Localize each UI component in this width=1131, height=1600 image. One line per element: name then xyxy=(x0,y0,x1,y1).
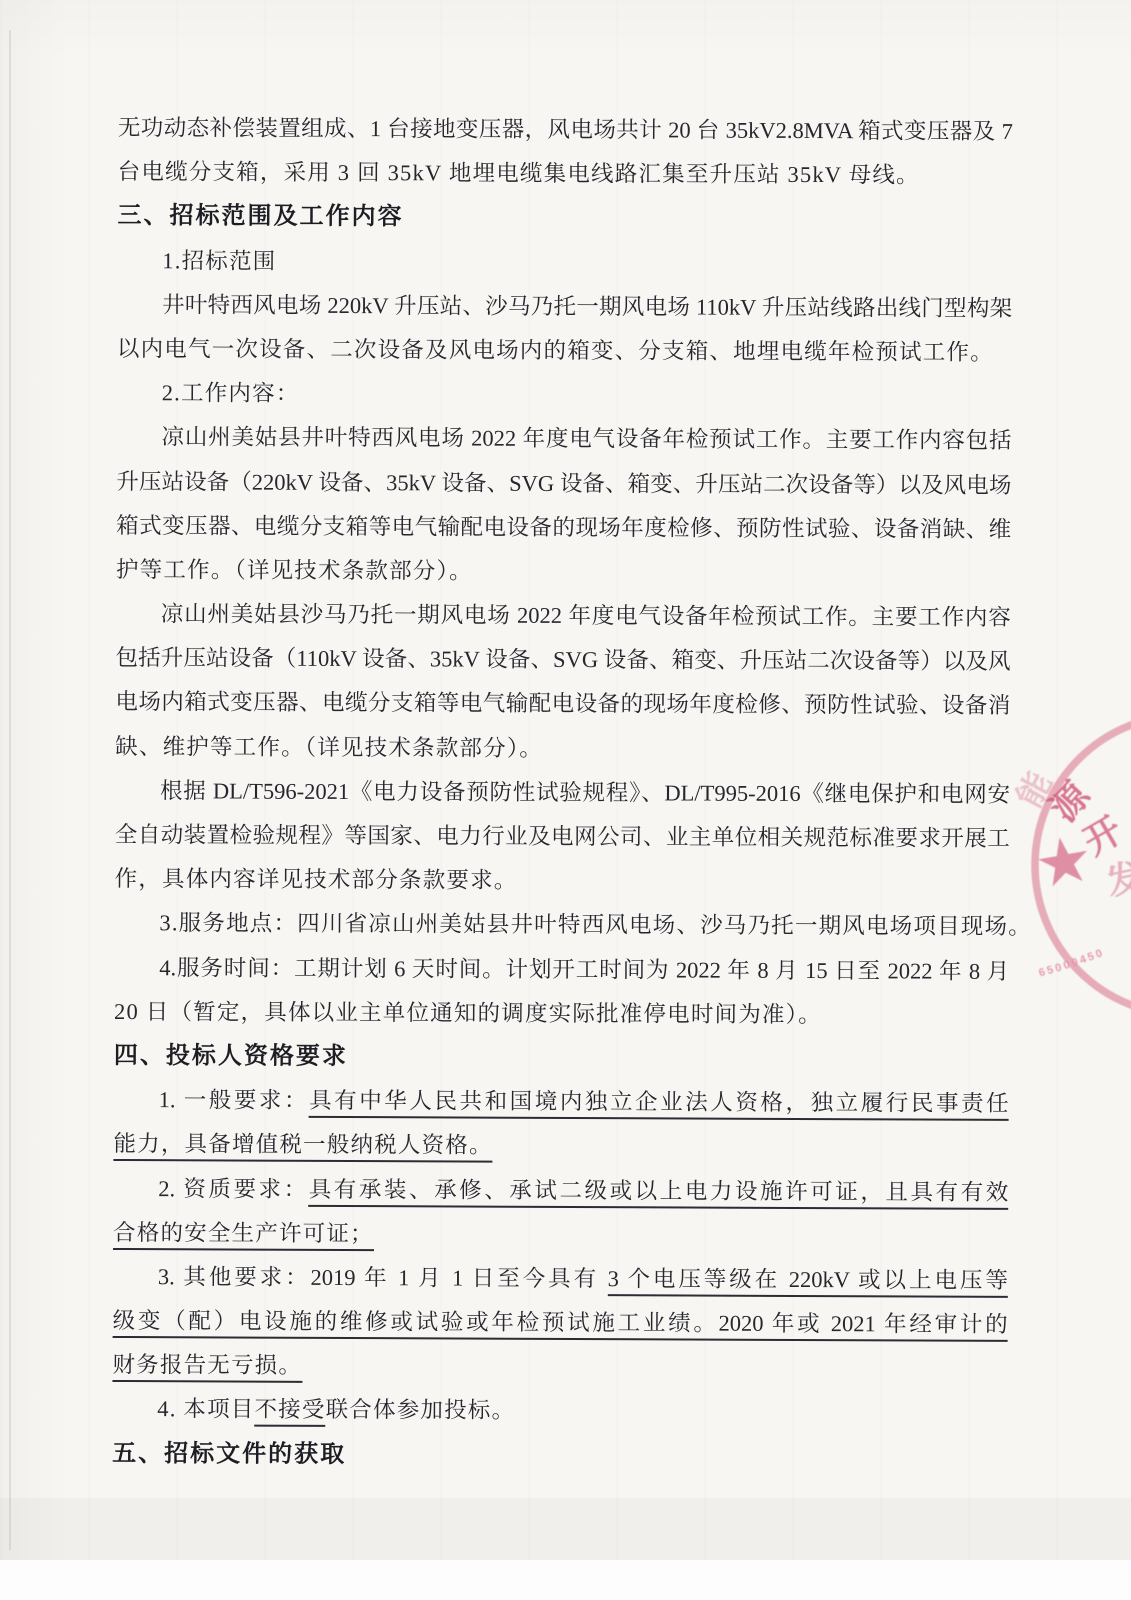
seal-star-icon xyxy=(1038,837,1087,886)
document-line: 2.工作内容： xyxy=(117,371,1012,419)
text-segment: 以内电气一次设备、二次设备及风电场内的箱变、分支箱、地埋电缆年检预试工作。 xyxy=(117,336,994,365)
document-line: 20 日（暂定，具体以业主单位通知的调度实际批准停电时间为准）。 xyxy=(114,990,1009,1038)
document-line: 凉山州美姑县井叶特西风电场 2022 年度电气设备年检预试工作。主要工作内容包括 xyxy=(116,415,1011,463)
document-line: 凉山州美姑县沙马乃托一期风电场 2022 年度电气设备年检预试工作。主要工作内容 xyxy=(116,592,1011,640)
underlined-text: 财务报告无亏损。 xyxy=(112,1352,302,1383)
document-line: 3. 其他要求：2019 年 1 月 1 日至今具有 3 个电压等级在 220k… xyxy=(113,1255,1008,1303)
document-line: 1.招标范围 xyxy=(117,239,1012,287)
section-heading: 五、招标文件的获取 xyxy=(112,1432,1007,1480)
document-line: 包括升压站设备（110kV 设备、35kV 设备、SVG 设备、箱变、升压站二次… xyxy=(115,636,1010,684)
text-segment: 4. 本项目 xyxy=(157,1397,254,1422)
document-line: 4.服务时间：工期计划 6 天时间。计划开工时间为 2022 年 8 月 15 … xyxy=(114,946,1009,994)
text-segment: 升压站设备（220kV 设备、35kV 设备、SVG 设备、箱变、升压站二次设备… xyxy=(116,468,1011,497)
text-segment: 全自动装置检验规程》等国家、电力行业及电网公司、业主单位相关规范标准要求开展工 xyxy=(115,822,1010,851)
document-line: 无功动态补偿装置组成、1 台接地变压器，风电场共计 20 台 35kV2.8MV… xyxy=(118,106,1013,154)
text-segment: 作，具体内容详见技术部分条款要求。 xyxy=(115,866,518,893)
text-segment: 三、招标范围及工作内容 xyxy=(117,202,403,230)
section-heading: 三、招标范围及工作内容 xyxy=(117,194,1012,242)
scan-shading-band xyxy=(0,1498,1131,1560)
text-segment: 3.服务地点：四川省凉山州美姑县井叶特西风电场、沙马乃托一期风电场项目现场。 xyxy=(159,911,1032,940)
text-segment: 3. 其他要求：2019 年 1 月 1 日至今具有 xyxy=(158,1264,608,1291)
section-heading: 四、投标人资格要求 xyxy=(114,1034,1009,1082)
document-line: 井叶特西风电场 220kV 升压站、沙马乃托一期风电场 110kV 升压站线路出… xyxy=(117,283,1012,331)
text-segment: 包括升压站设备（110kV 设备、35kV 设备、SVG 设备、箱变、升压站二次… xyxy=(116,645,1011,674)
underlined-text: 具有承装、承修、承试二级或以上电力设施许可证，且具有有效 xyxy=(309,1176,1009,1209)
text-segment: 无功动态补偿装置组成、1 台接地变压器，风电场共计 20 台 35kV2.8MV… xyxy=(118,115,1013,144)
scan-edge-bottom xyxy=(0,1560,1131,1600)
document-line: 电场内箱式变压器、电缆分支箱等电气输配电设备的现场年度检修、预防性试验、设备消 xyxy=(115,680,1010,728)
underlined-text: 级变（配）电设施的维修或试验或年检预试施工业绩。2020 年或 2021 年经审… xyxy=(113,1308,1008,1342)
text-segment: 五、招标文件的获取 xyxy=(112,1440,346,1468)
text-segment: 4.服务时间：工期计划 6 天时间。计划开工时间为 2022 年 8 月 15 … xyxy=(159,955,1009,984)
text-segment: 电场内箱式变压器、电缆分支箱等电气输配电设备的现场年度检修、预防性试验、设备消 xyxy=(115,689,1010,718)
document-line: 能力，具备增值税一般纳税人资格。 xyxy=(113,1122,1008,1170)
document-line: 1. 一般要求：具有中华人民共和国境内独立企业法人资格，独立履行民事责任 xyxy=(114,1078,1009,1126)
seal-arc-char-icon: 发 xyxy=(1103,855,1131,903)
document-lines: 无功动态补偿装置组成、1 台接地变压器，风电场共计 20 台 35kV2.8MV… xyxy=(112,106,1013,1480)
text-segment: 台电缆分支箱，采用 3 回 35kV 地埋电缆集电线路汇集至升压站 35kV 母… xyxy=(118,159,920,187)
document-line: 2. 资质要求：具有承装、承修、承试二级或以上电力设施许可证，且具有有效 xyxy=(113,1166,1008,1214)
document-line: 护等工作。（详见技术条款部分）。 xyxy=(116,548,1011,596)
text-segment: 1. 一般要求： xyxy=(159,1087,310,1113)
document-line: 全自动装置检验规程》等国家、电力行业及电网公司、业主单位相关规范标准要求开展工 xyxy=(115,813,1010,861)
text-segment: 四、投标人资格要求 xyxy=(114,1042,348,1070)
text-segment: 联合体参加投标。 xyxy=(326,1397,516,1423)
text-segment: 缺、维护等工作。（详见技术条款部分）。 xyxy=(115,734,543,761)
document-line: 4. 本项目不接受联合体参加投标。 xyxy=(112,1387,1007,1435)
text-segment: 2. 资质要求： xyxy=(158,1176,309,1202)
document-line: 级变（配）电设施的维修或试验或年检预试施工业绩。2020 年或 2021 年经审… xyxy=(113,1299,1008,1347)
text-segment: 2.工作内容： xyxy=(162,380,300,406)
document-line: 台电缆分支箱，采用 3 回 35kV 地埋电缆集电线路汇集至升压站 35kV 母… xyxy=(118,150,1013,198)
underlined-text: 具有中华人民共和国境内独立企业法人资格，独立履行民事责任 xyxy=(309,1088,1009,1121)
scan-edge-line xyxy=(9,30,11,1550)
underlined-text: 3 个电压等级在 220kV 或以上电压等 xyxy=(608,1266,1008,1298)
document-line: 升压站设备（220kV 设备、35kV 设备、SVG 设备、箱变、升压站二次设备… xyxy=(116,459,1011,507)
text-segment: 凉山州美姑县井叶特西风电场 2022 年度电气设备年检预试工作。主要工作内容包括 xyxy=(162,425,1012,454)
document-line: 合格的安全生产许可证； xyxy=(113,1211,1008,1259)
text-segment: 井叶特西风电场 220kV 升压站、沙马乃托一期风电场 110kV 升压站线路出… xyxy=(162,292,1012,321)
text-segment: 20 日（暂定，具体以业主单位通知的调度实际批准停电时间为准）。 xyxy=(114,999,822,1027)
text-segment: 护等工作。（详见技术条款部分）。 xyxy=(116,557,473,584)
document-line: 以内电气一次设备、二次设备及风电场内的箱变、分支箱、地埋电缆年检预试工作。 xyxy=(117,327,1012,375)
document-line: 缺、维护等工作。（详见技术条款部分）。 xyxy=(115,725,1010,773)
document-line: 财务报告无亏损。 xyxy=(112,1343,1007,1391)
text-segment: 凉山州美姑县沙马乃托一期风电场 2022 年度电气设备年检预试工作。主要工作内容 xyxy=(161,601,1011,630)
seal-serial: 65000450 xyxy=(1038,947,1107,980)
document-line: 作，具体内容详见技术部分条款要求。 xyxy=(115,857,1010,905)
document-line: 箱式变压器、电缆分支箱等电气输配电设备的现场年度检修、预防性试验、设备消缺、维 xyxy=(116,504,1011,552)
text-segment: 箱式变压器、电缆分支箱等电气输配电设备的现场年度检修、预防性试验、设备消缺、维 xyxy=(116,513,1011,542)
underlined-text: 能力，具备增值税一般纳税人资格。 xyxy=(113,1131,492,1163)
text-segment: 1.招标范围 xyxy=(162,248,276,273)
underlined-text: 合格的安全生产许可证； xyxy=(113,1220,374,1251)
company-seal-stamp: 能 源 开 发 65000450 xyxy=(1000,690,1131,1030)
document-line: 3.服务地点：四川省凉山州美姑县井叶特西风电场、沙马乃托一期风电场项目现场。 xyxy=(114,901,1009,949)
seal-arc-char-icon: 开 xyxy=(1077,809,1130,863)
document-page: 无功动态补偿装置组成、1 台接地变压器，风电场共计 20 台 35kV2.8MV… xyxy=(0,0,1131,1600)
document-line: 根据 DL/T596-2021《电力设备预防性试验规程》、DL/T995-201… xyxy=(115,769,1010,817)
text-segment: 根据 DL/T596-2021《电力设备预防性试验规程》、DL/T995-201… xyxy=(160,778,1010,807)
underlined-text: 不接受 xyxy=(254,1397,325,1427)
